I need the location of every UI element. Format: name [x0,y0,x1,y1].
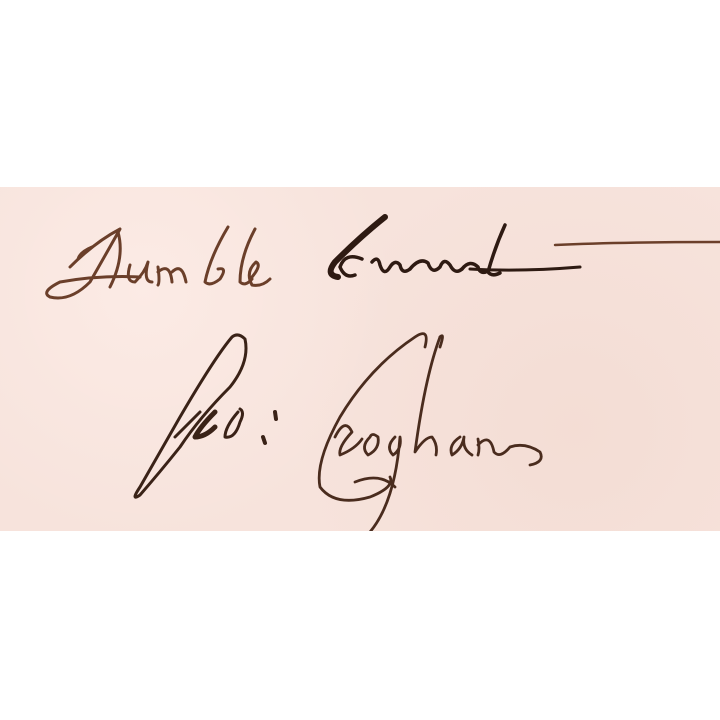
word-humble [47,227,270,298]
signature-paper: Humble Servant Geo: Croghan [0,187,720,531]
word-geo [135,335,276,497]
handwriting-strokes [0,187,720,531]
word-servant [331,217,720,277]
word-croghan [319,334,541,531]
